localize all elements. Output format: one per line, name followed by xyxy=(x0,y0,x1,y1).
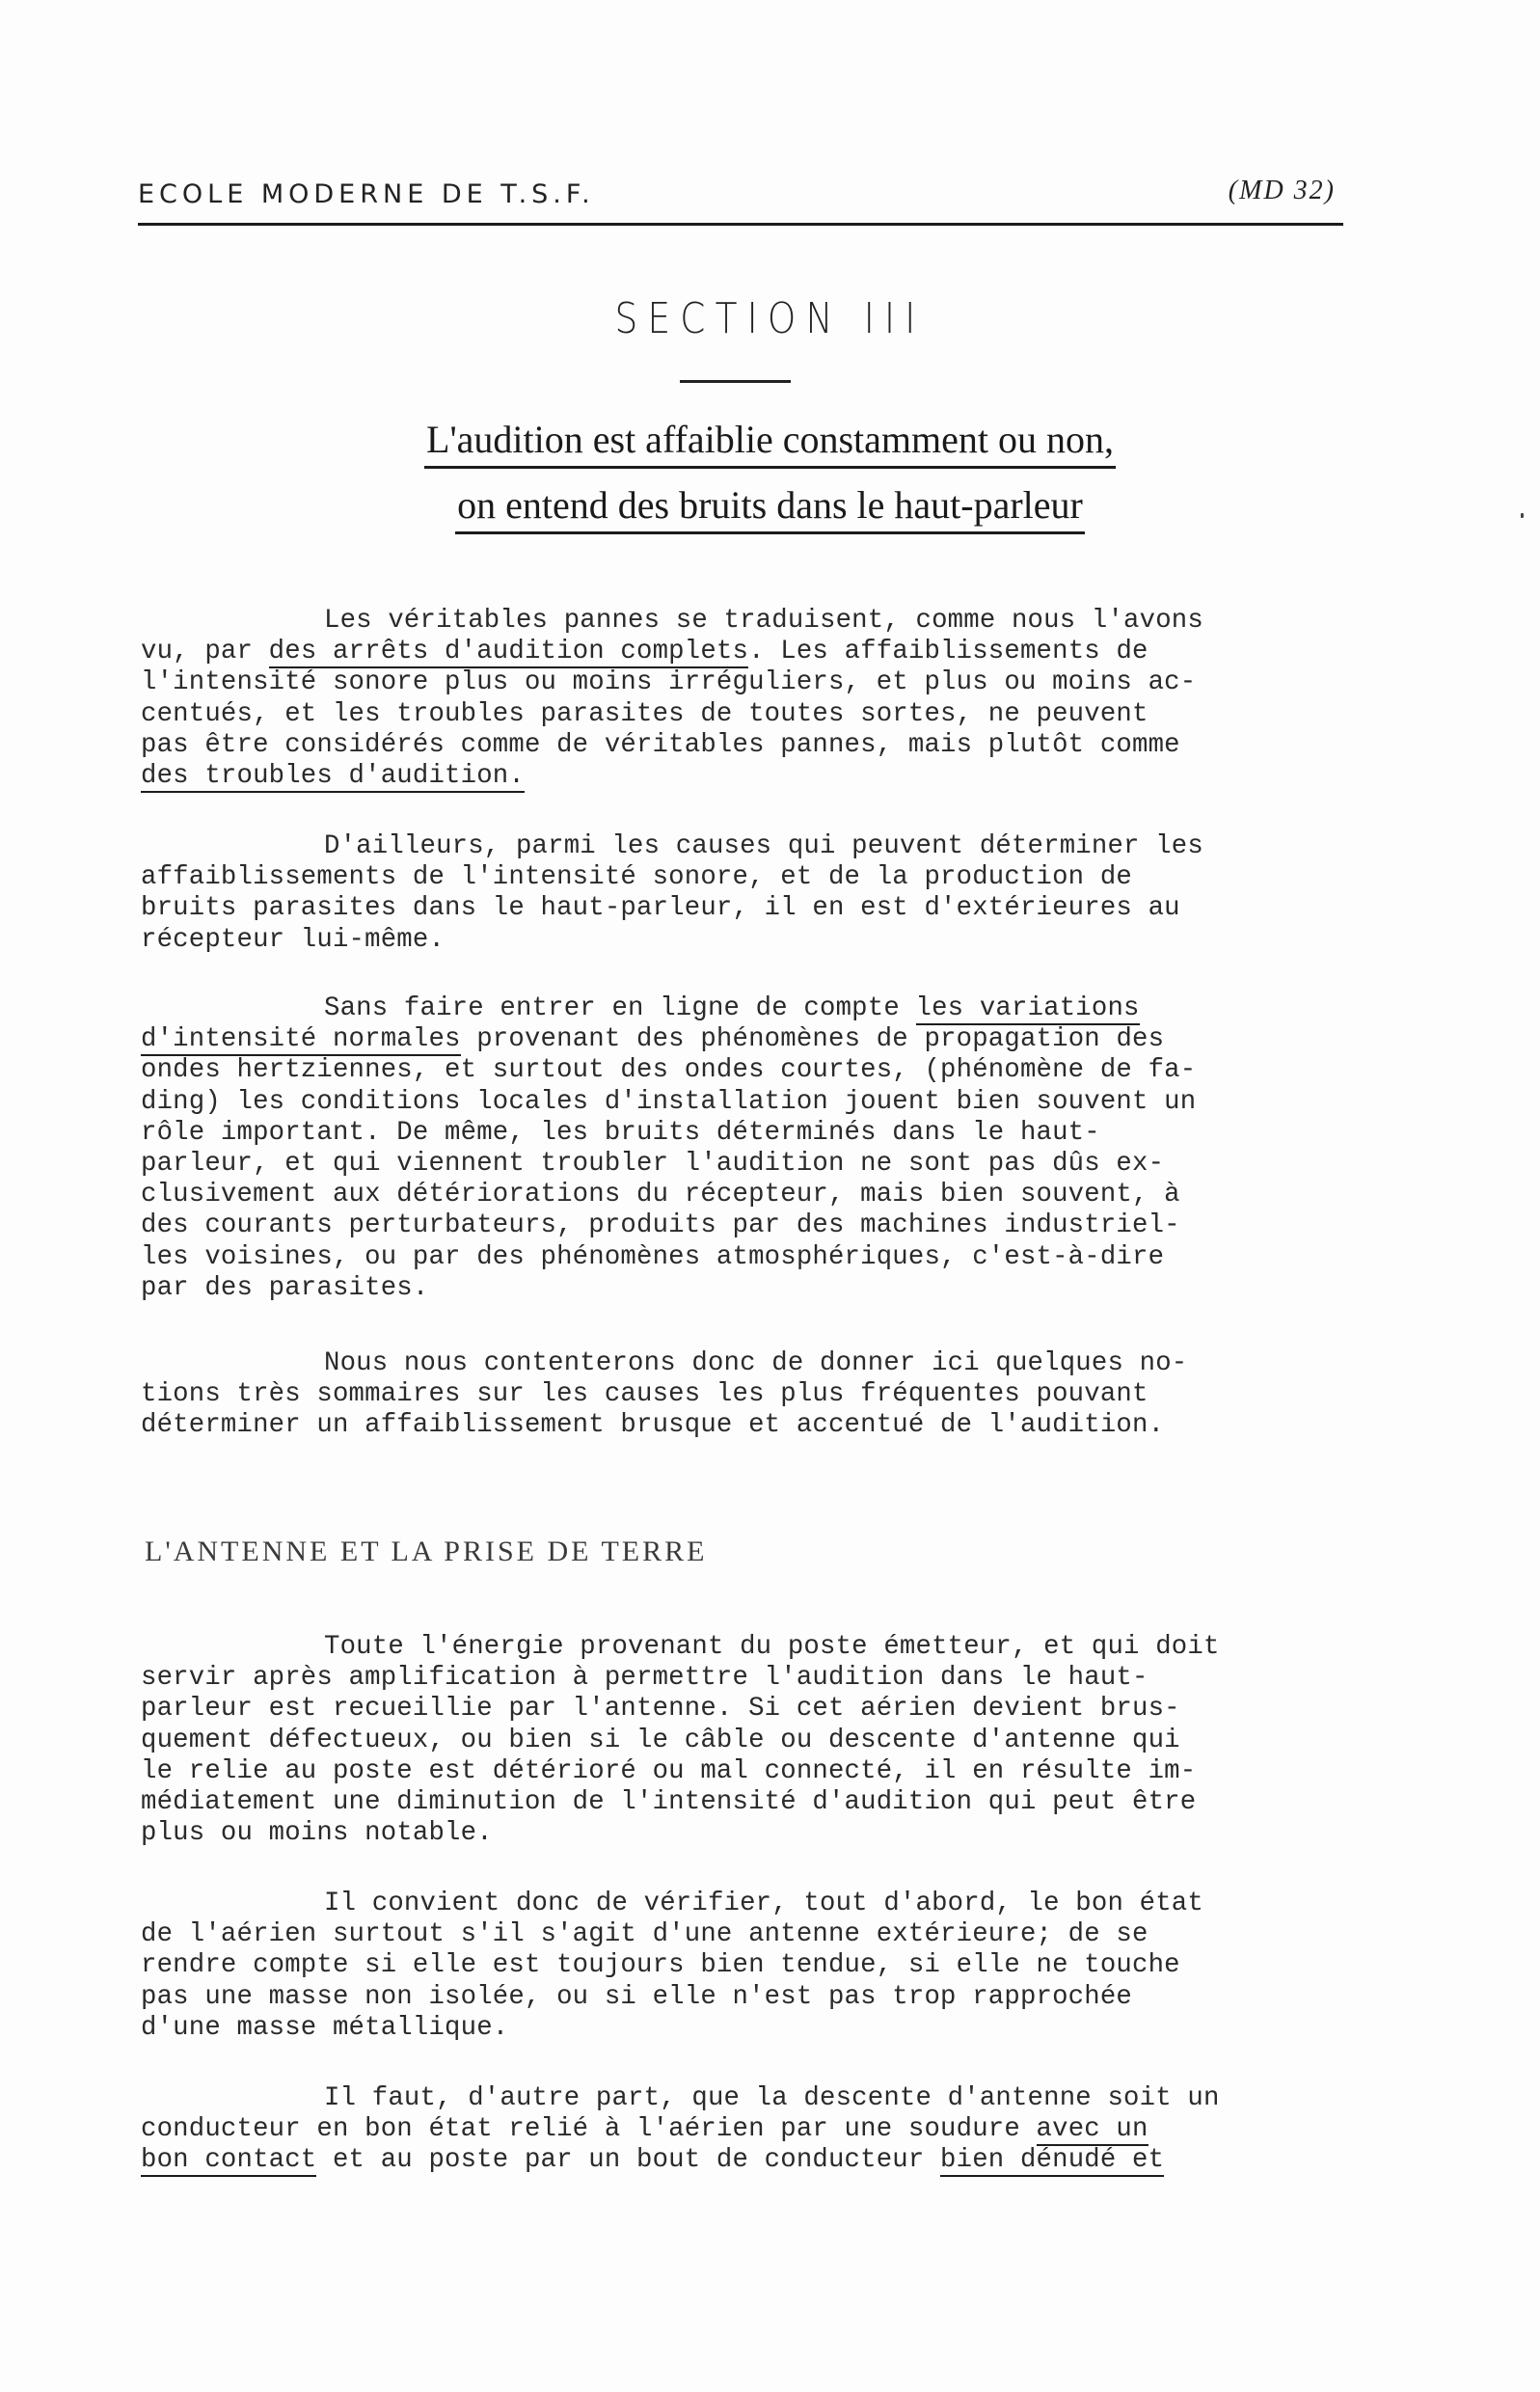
text-run: et au poste par un bout de conducteur xyxy=(316,2145,940,2175)
text-line: Sans faire entrer en ligne de compte les… xyxy=(141,993,1346,1024)
text-run: pas être considérés comme de véritables … xyxy=(141,730,1180,760)
text-line: clusivement aux détériorations du récept… xyxy=(141,1180,1346,1210)
text-line: centués, et les troubles parasites de to… xyxy=(141,699,1346,730)
text-run: récepteur lui-même. xyxy=(141,925,445,955)
text-line: l'intensité sonore plus ou moins irrégul… xyxy=(141,667,1346,698)
section-subtitle-line-1: L'audition est affaiblie constamment ou … xyxy=(0,417,1540,469)
text-line: les voisines, ou par des phénomènes atmo… xyxy=(141,1242,1346,1273)
text-run: Il faut, d'autre part, que la descente d… xyxy=(324,2083,1220,2113)
underlined-text: des troubles d'audition. xyxy=(141,761,525,793)
text-run: d'une masse métallique. xyxy=(141,2013,508,2043)
text-line: parleur, et qui viennent troubler l'audi… xyxy=(141,1149,1346,1180)
text-line: plus ou moins notable. xyxy=(141,1818,1346,1849)
text-line: vu, par des arrêts d'audition complets. … xyxy=(141,637,1346,667)
text-run: affaiblissements de l'intensité sonore, … xyxy=(141,862,1132,892)
section-subtitle-line-2: on entend des bruits dans le haut-parleu… xyxy=(0,482,1540,534)
text-line: le relie au poste est détérioré ou mal c… xyxy=(141,1756,1346,1787)
text-line: Il faut, d'autre part, que la descente d… xyxy=(141,2083,1346,2114)
text-run: plus ou moins notable. xyxy=(141,1818,493,1848)
underlined-text: avec un xyxy=(1037,2114,1148,2146)
text-run: vu, par xyxy=(141,637,269,666)
text-run: conducteur en bon état relié à l'aérien … xyxy=(141,2114,1037,2144)
text-line: d'intensité normales provenant des phéno… xyxy=(141,1024,1346,1055)
text-run: des courants perturbateurs, produits par… xyxy=(141,1210,1180,1240)
text-run: rôle important. De même, les bruits déte… xyxy=(141,1118,1100,1148)
text-run: déterminer un affaiblissement brusque et… xyxy=(141,1410,1164,1440)
underlined-text: bien dénudé et xyxy=(940,2145,1164,2177)
text-line: d'une masse métallique. xyxy=(141,2013,1346,2044)
text-run: ding) les conditions locales d'installat… xyxy=(141,1087,1196,1117)
text-line: quement défectueux, ou bien si le câble … xyxy=(141,1726,1346,1756)
text-run: de l'aérien surtout s'il s'agit d'une an… xyxy=(141,1919,1148,1949)
text-line: de l'aérien surtout s'il s'agit d'une an… xyxy=(141,1919,1346,1950)
paragraph: Il faut, d'autre part, que la descente d… xyxy=(141,2083,1346,2177)
text-line: parleur est recueillie par l'antenne. Si… xyxy=(141,1694,1346,1725)
paragraph: Sans faire entrer en ligne de compte les… xyxy=(141,993,1346,1304)
paragraph: D'ailleurs, parmi les causes qui peuvent… xyxy=(141,831,1346,956)
underlined-text: des arrêts d'audition complets xyxy=(269,637,748,668)
text-line: Toute l'énergie provenant du poste émett… xyxy=(141,1632,1346,1663)
text-line: récepteur lui-même. xyxy=(141,925,1346,956)
text-run: tions très sommaires sur les causes les … xyxy=(141,1379,1148,1409)
text-run: Les véritables pannes se traduisent, com… xyxy=(324,606,1203,636)
paragraph: Toute l'énergie provenant du poste émett… xyxy=(141,1632,1346,1849)
text-line: conducteur en bon état relié à l'aérien … xyxy=(141,2114,1346,2145)
header-divider xyxy=(138,223,1343,226)
school-name: ECOLE MODERNE DE T.S.F. xyxy=(138,179,595,209)
section-title: SECTION III xyxy=(116,294,1424,343)
text-run: parleur est recueillie par l'antenne. Si… xyxy=(141,1694,1180,1724)
text-run: D'ailleurs, parmi les causes qui peuvent… xyxy=(324,831,1203,861)
underlined-text: d'intensité normales xyxy=(141,1024,461,1056)
text-line: déterminer un affaiblissement brusque et… xyxy=(141,1410,1346,1441)
text-line: tions très sommaires sur les causes les … xyxy=(141,1379,1346,1410)
text-run: provenant des phénomènes de propagation … xyxy=(461,1024,1165,1054)
text-run: l'intensité sonore plus ou moins irrégul… xyxy=(141,667,1196,697)
text-run: le relie au poste est détérioré ou mal c… xyxy=(141,1756,1196,1786)
text-run: . Les affaiblissements de xyxy=(748,637,1148,666)
text-line: pas une masse non isolée, ou si elle n'e… xyxy=(141,1982,1346,2013)
underlined-text: bon contact xyxy=(141,2145,316,2177)
page-header: ECOLE MODERNE DE T.S.F. (MD 32) xyxy=(138,174,1343,224)
text-line: servir après amplification à permettre l… xyxy=(141,1663,1346,1694)
text-run: rendre compte si elle est toujours bien … xyxy=(141,1950,1180,1980)
paragraph: Nous nous contenterons donc de donner ic… xyxy=(141,1348,1346,1442)
text-line: bruits parasites dans le haut-parleur, i… xyxy=(141,893,1346,924)
text-run: quement défectueux, ou bien si le câble … xyxy=(141,1726,1180,1755)
text-run: Sans faire entrer en ligne de compte xyxy=(324,993,916,1023)
text-line: affaiblissements de l'intensité sonore, … xyxy=(141,862,1346,893)
subtitle-text-1: L'audition est affaiblie constamment ou … xyxy=(424,417,1116,469)
text-line: bon contact et au poste par un bout de c… xyxy=(141,2145,1346,2176)
text-line: pas être considérés comme de véritables … xyxy=(141,730,1346,761)
document-page: ECOLE MODERNE DE T.S.F. (MD 32) SECTION … xyxy=(0,0,1540,2392)
text-run: ondes hertziennes, et surtout des ondes … xyxy=(141,1055,1196,1085)
text-line: des troubles d'audition. xyxy=(141,761,1346,792)
text-line: Nous nous contenterons donc de donner ic… xyxy=(141,1348,1346,1379)
text-line: D'ailleurs, parmi les causes qui peuvent… xyxy=(141,831,1346,862)
text-run: servir après amplification à permettre l… xyxy=(141,1663,1148,1693)
text-line: ding) les conditions locales d'installat… xyxy=(141,1087,1346,1118)
text-run: clusivement aux détériorations du récept… xyxy=(141,1180,1180,1210)
underlined-text: les variations xyxy=(916,993,1140,1025)
text-run: pas une masse non isolée, ou si elle n'e… xyxy=(141,1982,1132,2012)
document-code: (MD 32) xyxy=(1229,176,1336,206)
text-run: Nous nous contenterons donc de donner ic… xyxy=(324,1348,1187,1378)
text-run: les voisines, ou par des phénomènes atmo… xyxy=(141,1242,1164,1272)
paragraph: Il convient donc de vérifier, tout d'abo… xyxy=(141,1889,1346,2044)
text-line: rendre compte si elle est toujours bien … xyxy=(141,1950,1346,1981)
subtitle-text-2: on entend des bruits dans le haut-parleu… xyxy=(455,482,1085,534)
text-run: Il convient donc de vérifier, tout d'abo… xyxy=(324,1889,1203,1918)
text-line: rôle important. De même, les bruits déte… xyxy=(141,1118,1346,1149)
text-line: Les véritables pannes se traduisent, com… xyxy=(141,606,1346,637)
text-line: par des parasites. xyxy=(141,1273,1346,1304)
text-run: Toute l'énergie provenant du poste émett… xyxy=(324,1632,1220,1662)
paragraph: Les véritables pannes se traduisent, com… xyxy=(141,606,1346,792)
text-line: ondes hertziennes, et surtout des ondes … xyxy=(141,1055,1346,1086)
subsection-heading: L'ANTENNE ET LA PRISE DE TERRE xyxy=(145,1536,707,1568)
text-run: bruits parasites dans le haut-parleur, i… xyxy=(141,893,1180,923)
text-run: par des parasites. xyxy=(141,1273,428,1303)
text-line: des courants perturbateurs, produits par… xyxy=(141,1210,1346,1241)
text-run: centués, et les troubles parasites de to… xyxy=(141,699,1148,729)
text-run: parleur, et qui viennent troubler l'audi… xyxy=(141,1149,1164,1179)
scan-speck xyxy=(1521,513,1524,518)
text-run: médiatement une diminution de l'intensit… xyxy=(141,1787,1196,1817)
text-line: médiatement une diminution de l'intensit… xyxy=(141,1787,1346,1818)
section-title-rule xyxy=(680,380,791,383)
text-line: Il convient donc de vérifier, tout d'abo… xyxy=(141,1889,1346,1919)
